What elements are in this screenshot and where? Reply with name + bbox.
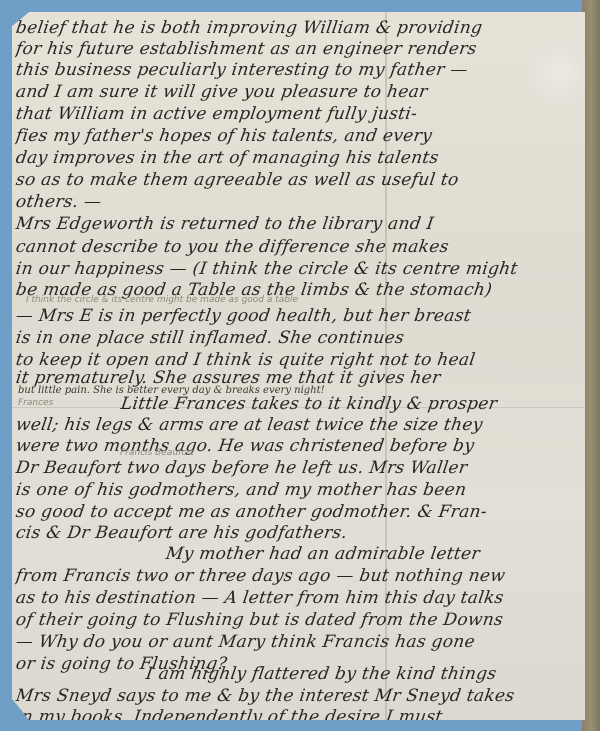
letter-line: to keep it open and I think is quite rig… [15, 350, 583, 370]
letter-page: belief that he is both improving William… [12, 12, 585, 720]
letter-line: fies my father's hopes of his talents, a… [15, 126, 583, 146]
letter-line: — Mrs E is in perfectly good health, but… [15, 306, 583, 326]
letter-line: cannot describe to you the difference sh… [15, 237, 583, 257]
letter-line: is one of his godmothers, and my mother … [15, 480, 583, 500]
letter-line: and I am sure it will give you pleasure … [15, 82, 583, 102]
letter-line: Mrs Sneyd says to me & by the interest M… [15, 686, 583, 706]
letter-line: My mother had an admirable letter [15, 544, 583, 564]
letter-line: that William in active employment fully … [15, 104, 583, 124]
letter-line: I am highly flattered by the kind things [15, 664, 583, 684]
letter-line: well; his legs & arms are at least twice… [15, 415, 583, 435]
letter-line: Dr Beaufort two days before he left us. … [15, 458, 583, 478]
letter-line: in my books. Independently of the desire… [15, 707, 583, 727]
letter-line: Mrs Edgeworth is returned to the library… [15, 214, 583, 234]
letter-line: is in one place still inflamed. She cont… [15, 328, 583, 348]
letter-line: for his future establishment as an engin… [15, 39, 583, 59]
letter-line: day improves in the art of managing his … [15, 148, 583, 168]
letter-line: so good to accept me as another godmothe… [15, 502, 583, 522]
pencil-annotation: I think the circle & its centre might be… [26, 295, 298, 305]
letter-line: of their going to Flushing but is dated … [15, 610, 583, 630]
pencil-annotation: Francis Beaufort [120, 448, 194, 458]
letter-line: this business peculiarly interesting to … [15, 60, 583, 80]
letter-line: so as to make them agreeable as well as … [15, 170, 583, 190]
letter-line: from Francis two or three days ago — but… [15, 566, 583, 586]
letter-line: in our happiness — (I think the circle &… [15, 259, 583, 279]
letter-line: others. — [15, 192, 583, 212]
letter-line: — Why do you or aunt Mary think Francis … [15, 632, 583, 652]
letter-line: Little Frances takes to it kindly & pros… [15, 394, 583, 414]
letter-line: were two months ago. He was christened b… [15, 436, 583, 456]
letter-line: belief that he is both improving William… [15, 18, 583, 38]
letter-line: as to his destination — A letter from hi… [15, 588, 583, 608]
letter-line: cis & Dr Beaufort are his godfathers. [15, 523, 583, 543]
